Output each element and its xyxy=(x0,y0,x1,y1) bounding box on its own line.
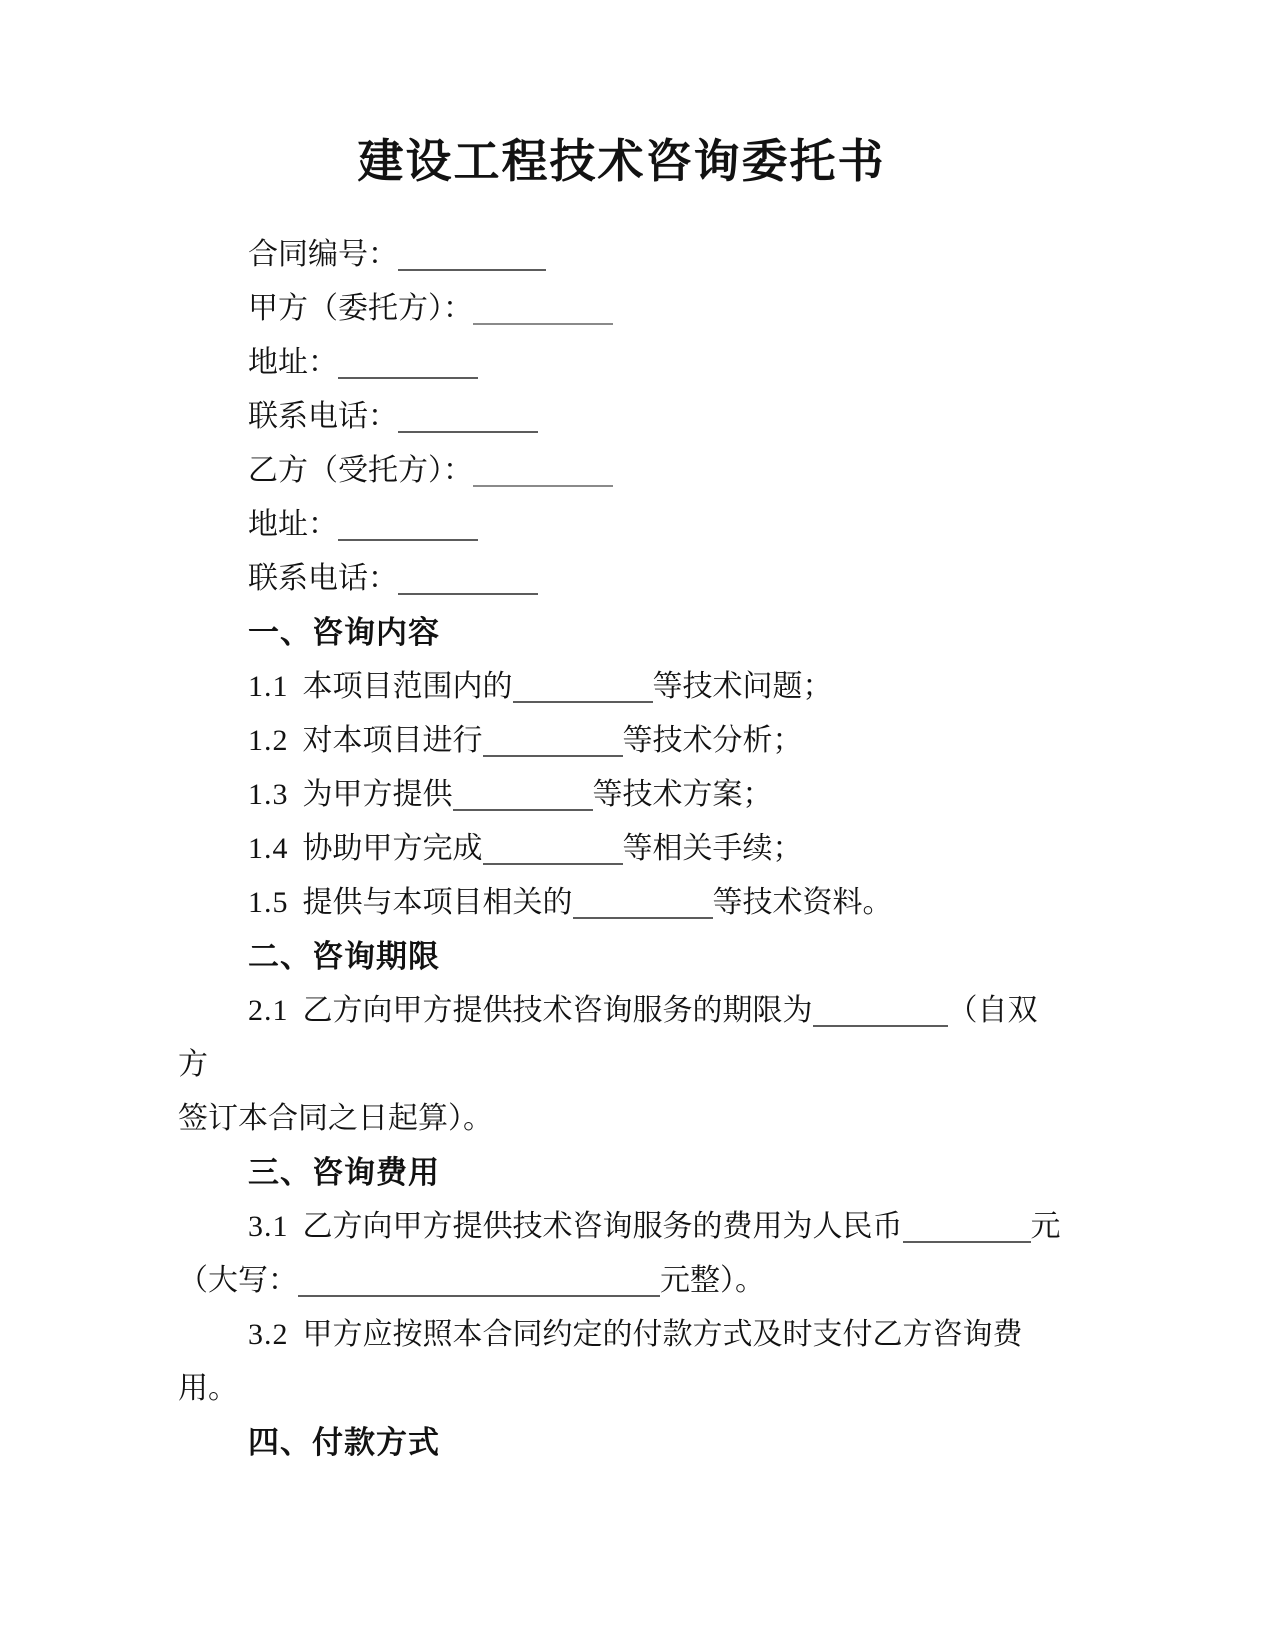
clause-text-post: 等相关手续； xyxy=(623,832,803,865)
clause-1-5-blank xyxy=(573,887,713,919)
phone-b-label: 联系电话： xyxy=(248,562,398,595)
section-heading-consulting-fee: 三、咨询费用 xyxy=(178,1146,1065,1200)
fee-amount-caps-blank xyxy=(298,1265,660,1297)
clause-text-mid: 元 xyxy=(1031,1210,1061,1243)
clause-text-pre: 乙方向甲方提供技术咨询服务的费用为人民币 xyxy=(303,1210,903,1243)
clause-text-post: 等技术问题； xyxy=(653,670,833,703)
clause-text-post: 等技术分析； xyxy=(623,724,803,757)
party-a-label: 甲方（委托方）： xyxy=(248,292,473,325)
clause-text-pre: 本项目范围内的 xyxy=(303,670,513,703)
clause-1-1: 1.1本项目范围内的等技术问题； xyxy=(178,660,1065,714)
clause-number: 1.4 xyxy=(248,832,289,865)
clause-1-2-blank xyxy=(483,725,623,757)
clause-text-pre: 为甲方提供 xyxy=(303,778,453,811)
clause-text-continuation: 签订本合同之日起算）。 xyxy=(178,1102,493,1135)
field-phone-b: 联系电话： xyxy=(178,552,1065,606)
fee-amount-blank xyxy=(903,1211,1031,1243)
clause-text-pre: 协助甲方完成 xyxy=(303,832,483,865)
field-address-a: 地址： xyxy=(178,336,1065,390)
field-contract-number: 合同编号： xyxy=(178,228,1065,282)
document-page: 建设工程技术咨询委托书 合同编号： 甲方（委托方）： 地址： 联系电话： 乙方（… xyxy=(0,0,1275,1650)
clause-number: 1.1 xyxy=(248,670,289,703)
address-a-blank xyxy=(338,347,478,379)
clause-1-4-blank xyxy=(483,833,623,865)
field-party-b: 乙方（受托方）： xyxy=(178,444,1065,498)
party-b-blank xyxy=(473,455,613,487)
party-a-blank xyxy=(473,293,613,325)
clause-1-5: 1.5提供与本项目相关的等技术资料。 xyxy=(178,876,1065,930)
clause-3-1: 3.1乙方向甲方提供技术咨询服务的费用为人民币元（大写：元整）。 xyxy=(178,1200,1065,1308)
section-heading-payment-method: 四、付款方式 xyxy=(178,1416,1065,1470)
contract-number-blank xyxy=(398,239,546,271)
party-b-label: 乙方（受托方）： xyxy=(248,454,473,487)
clause-text-pre: 乙方向甲方提供技术咨询服务的期限为 xyxy=(303,994,813,1027)
section-heading-consulting-content: 一、咨询内容 xyxy=(178,606,1065,660)
phone-b-blank xyxy=(398,563,538,595)
phone-a-label: 联系电话： xyxy=(248,400,398,433)
clause-text-caps-post: 元整）。 xyxy=(660,1264,765,1297)
clause-text-pre: 提供与本项目相关的 xyxy=(303,886,573,919)
contract-number-label: 合同编号： xyxy=(248,238,398,271)
clause-1-1-blank xyxy=(513,671,653,703)
clause-2-1: 2.1乙方向甲方提供技术咨询服务的期限为（自双方签订本合同之日起算）。 xyxy=(178,984,1065,1146)
clause-1-4: 1.4协助甲方完成等相关手续； xyxy=(178,822,1065,876)
clause-text-post: 等技术资料。 xyxy=(713,886,893,919)
field-address-b: 地址： xyxy=(178,498,1065,552)
clause-1-2: 1.2对本项目进行等技术分析； xyxy=(178,714,1065,768)
clause-3-2: 3.2甲方应按照本合同约定的付款方式及时支付乙方咨询费用。 xyxy=(178,1308,1065,1416)
clause-number: 1.3 xyxy=(248,778,289,811)
clause-text-post: 等技术方案； xyxy=(593,778,773,811)
address-b-label: 地址： xyxy=(248,508,338,541)
address-a-label: 地址： xyxy=(248,346,338,379)
address-b-blank xyxy=(338,509,478,541)
clause-number: 1.5 xyxy=(248,886,289,919)
clause-number: 1.2 xyxy=(248,724,289,757)
clause-text: 甲方应按照本合同约定的付款方式及时支付乙方咨询费用。 xyxy=(178,1318,1023,1405)
clause-number: 2.1 xyxy=(248,994,289,1027)
field-party-a: 甲方（委托方）： xyxy=(178,282,1065,336)
page-title: 建设工程技术咨询委托书 xyxy=(178,130,1065,194)
clause-text-pre: 对本项目进行 xyxy=(303,724,483,757)
clause-1-3: 1.3为甲方提供等技术方案； xyxy=(178,768,1065,822)
clause-number: 3.2 xyxy=(248,1318,289,1351)
clause-1-3-blank xyxy=(453,779,593,811)
section-heading-consulting-term: 二、咨询期限 xyxy=(178,930,1065,984)
clause-2-1-blank xyxy=(813,995,948,1027)
clause-text-caps-pre: （大写： xyxy=(178,1264,298,1297)
field-phone-a: 联系电话： xyxy=(178,390,1065,444)
phone-a-blank xyxy=(398,401,538,433)
clause-number: 3.1 xyxy=(248,1210,289,1243)
